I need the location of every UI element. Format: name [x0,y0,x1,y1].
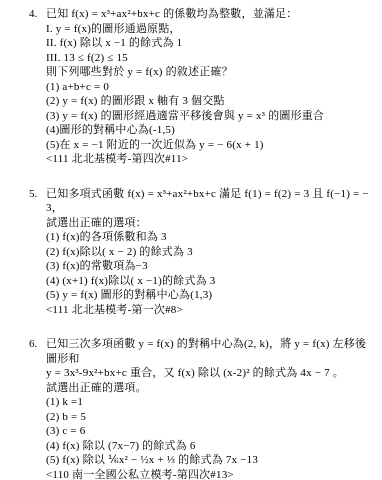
question-line: 已知多項式函數 f(x) = x³+ax²+bx+c 滿足 f(1) = f(2… [46,187,374,216]
question-line: (1) f(x)的各項係數和為 3 [46,230,374,245]
question-number: 6. [29,337,46,352]
question-body: 已知 f(x) = x³+ax²+bx+c 的係數均為整數，並滿足：I. y =… [46,7,374,167]
question-line: (4) f(x) 除以 (7x−7) 的餘式為 6 [46,439,374,454]
question-line: 已知 f(x) = x³+ax²+bx+c 的係數均為整數，並滿足： [46,7,374,22]
question-line: <111 北北基模考-第四次#11> [46,152,374,167]
question-line: (5)在 x = −1 附近的一次近似為 y = − 6(x + 1) [46,138,374,153]
question-line: (3) f(x)的常數項為−3 [46,259,374,274]
question-line: (2) b = 5 [46,410,374,425]
question-line: (5) y = f(x) 圖形的對稱中心為(1,3) [46,288,374,303]
question-line: <110 南一全國公私立模考-第四次#13> [46,468,374,480]
questions-container: 4. 已知 f(x) = x³+ax²+bx+c 的係數均為整數，並滿足：I. … [29,7,374,480]
question-line: (3) y = f(x) 的圖形經過適當平移後會與 y = x³ 的圖形重合 [46,109,374,124]
question-line: I. y = f(x)的圖形通過原點， [46,22,374,37]
question-body: 已知多項式函數 f(x) = x³+ax²+bx+c 滿足 f(1) = f(2… [46,187,374,318]
question-line: y = 3x³-9x²+bx+c 重合，又 f(x) 除以 (x-2)² 的餘式… [46,366,374,381]
question-line: III. 13 ≤ f(2) ≤ 15 [46,51,374,66]
question: 4. 已知 f(x) = x³+ax²+bx+c 的係數均為整數，並滿足：I. … [29,7,374,167]
question-line: <111 北北基模考-第一次#8> [46,303,374,318]
question-number: 4. [29,7,46,22]
question-line: (3) c = 6 [46,424,374,439]
question-body: 已知三次多項函數 y = f(x) 的對稱中心為(2, k)，將 y = f(x… [46,337,374,480]
question-line: (1) a+b+c = 0 [46,80,374,95]
question-line: (2) f(x)除以( x − 2) 的餘式為 3 [46,245,374,260]
question-line: (2) y = f(x) 的圖形跟 x 軸有 3 個交點 [46,94,374,109]
question-line: (4) (x+1) f(x)除以( x −1)的餘式為 3 [46,274,374,289]
question: 6. 已知三次多項函數 y = f(x) 的對稱中心為(2, k)，將 y = … [29,337,374,480]
question-line: II. f(x) 除以 x −1 的餘式為 1 [46,36,374,51]
worksheet-page: 4. 已知 f(x) = x³+ax²+bx+c 的係數均為整數，並滿足：I. … [0,0,382,480]
question-line: 則下列哪些對於 y = f(x) 的敘述正確？ [46,65,374,80]
question-line: (1) k =1 [46,395,374,410]
question-line: 試選出正確的選項。 [46,381,374,396]
question-line: (4)圖形的對稱中心為(-1,5) [46,123,374,138]
question-number: 5. [29,187,46,202]
question-line: 試選出正確的選項： [46,216,374,231]
question: 5. 已知多項式函數 f(x) = x³+ax²+bx+c 滿足 f(1) = … [29,187,374,318]
question-line: 已知三次多項函數 y = f(x) 的對稱中心為(2, k)，將 y = f(x… [46,337,374,366]
question-line: (5) f(x) 除以 ⅙x² − ½x + ⅓ 的餘式為 7x −13 [46,453,374,468]
